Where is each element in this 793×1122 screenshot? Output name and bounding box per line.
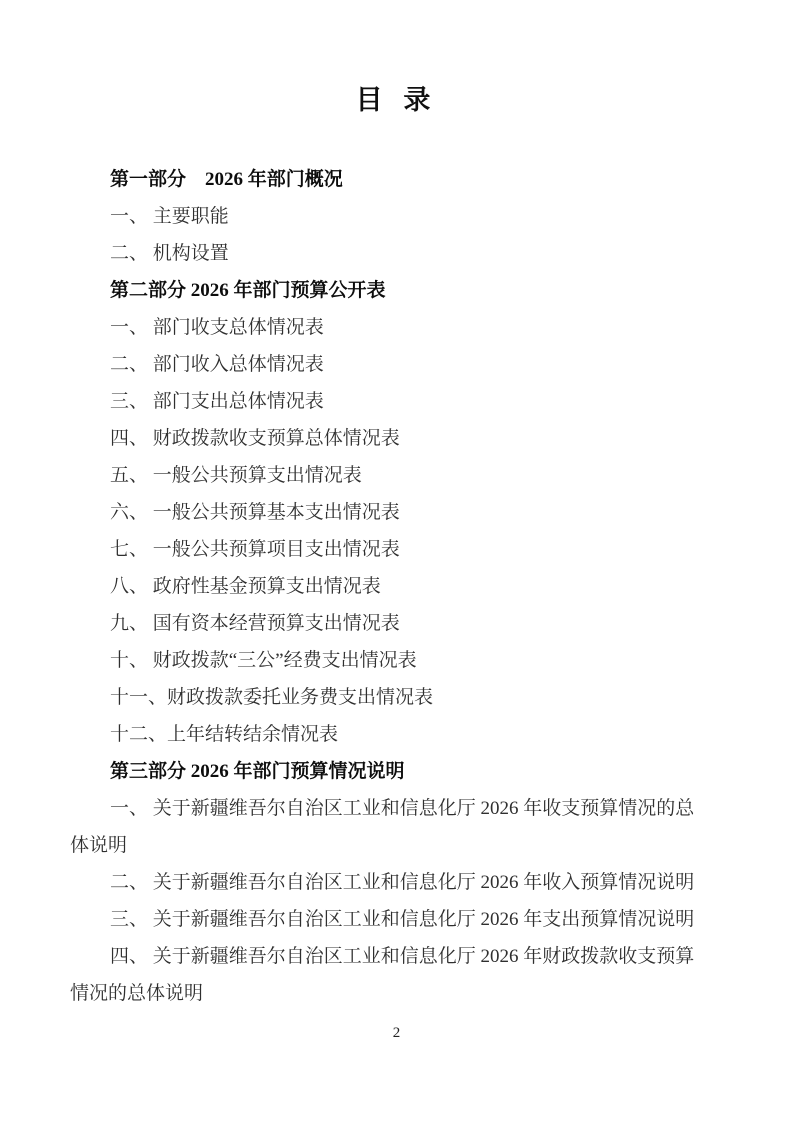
toc-item: 二、 部门收入总体情况表 bbox=[70, 346, 712, 383]
toc-item: 一、 关于新疆维吾尔自治区工业和信息化厅 2026 年收支预算情况的总体说明 bbox=[70, 790, 712, 864]
toc-item: 三、 关于新疆维吾尔自治区工业和信息化厅 2026 年支出预算情况说明 bbox=[70, 901, 712, 938]
page-title: 目 录 bbox=[0, 78, 793, 117]
toc-item: 六、 一般公共预算基本支出情况表 bbox=[70, 494, 712, 531]
toc-item: 一、 部门收支总体情况表 bbox=[70, 309, 712, 346]
toc-item: 四、 关于新疆维吾尔自治区工业和信息化厅 2026 年财政拨款收支预算情况的总体… bbox=[70, 938, 712, 1012]
toc-item: 七、 一般公共预算项目支出情况表 bbox=[70, 531, 712, 568]
toc-item: 一、 主要职能 bbox=[70, 198, 712, 235]
toc-section-heading-3: 第三部分 2026 年部门预算情况说明 bbox=[70, 753, 712, 790]
toc-section-heading-2: 第二部分 2026 年部门预算公开表 bbox=[70, 272, 712, 309]
toc-item: 五、 一般公共预算支出情况表 bbox=[70, 457, 712, 494]
toc-item: 二、 关于新疆维吾尔自治区工业和信息化厅 2026 年收入预算情况说明 bbox=[70, 864, 712, 901]
toc-item: 十一、财政拨款委托业务费支出情况表 bbox=[70, 679, 712, 716]
table-of-contents: 第一部分 2026 年部门概况 一、 主要职能 二、 机构设置 第二部分 202… bbox=[70, 161, 712, 1012]
document-page: 目 录 第一部分 2026 年部门概况 一、 主要职能 二、 机构设置 第二部分… bbox=[0, 0, 793, 1122]
toc-item: 十、 财政拨款“三公”经费支出情况表 bbox=[70, 642, 712, 679]
toc-item: 二、 机构设置 bbox=[70, 235, 712, 272]
toc-section-heading-1: 第一部分 2026 年部门概况 bbox=[70, 161, 712, 198]
toc-item: 八、 政府性基金预算支出情况表 bbox=[70, 568, 712, 605]
page-number: 2 bbox=[0, 1025, 793, 1042]
toc-item: 十二、上年结转结余情况表 bbox=[70, 716, 712, 753]
toc-item: 三、 部门支出总体情况表 bbox=[70, 383, 712, 420]
toc-item: 四、 财政拨款收支预算总体情况表 bbox=[70, 420, 712, 457]
toc-item: 九、 国有资本经营预算支出情况表 bbox=[70, 605, 712, 642]
